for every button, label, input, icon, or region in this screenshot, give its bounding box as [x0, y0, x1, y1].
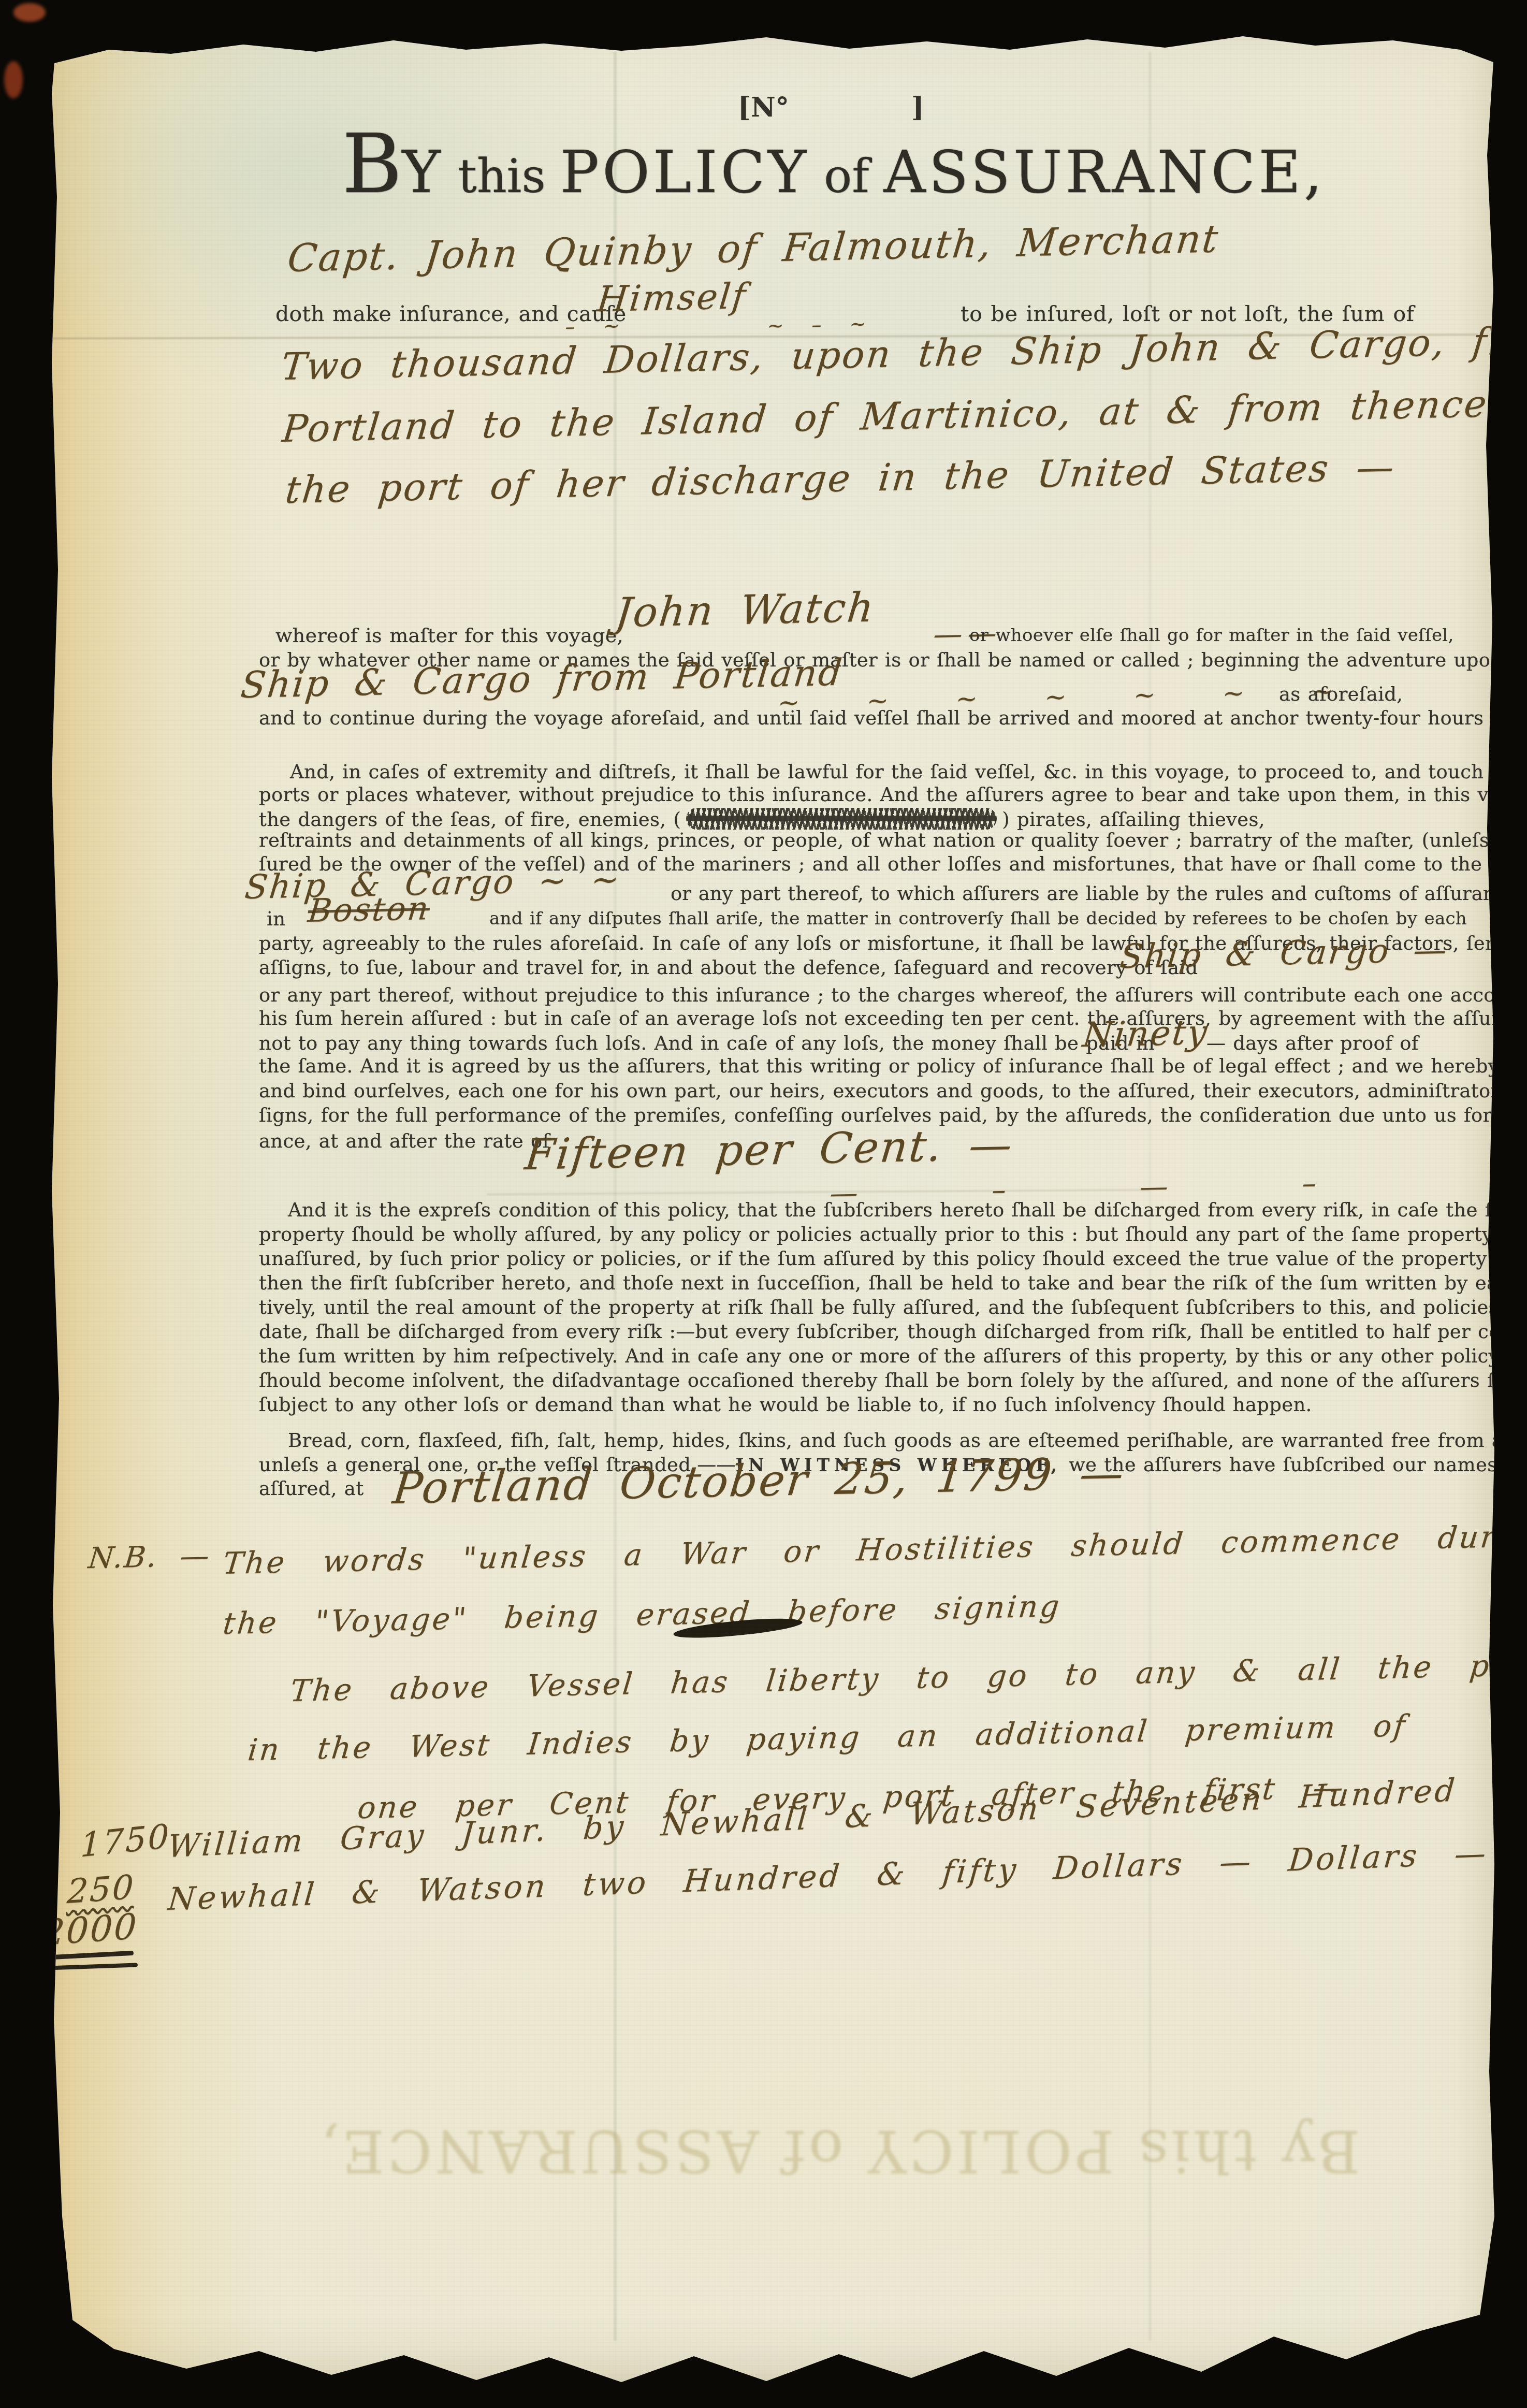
title-word-policy: POLICY: [560, 139, 809, 206]
title-word-of: of: [824, 149, 869, 204]
handwritten-ship-cargo-2: Ship & Cargo —: [1118, 934, 1450, 974]
policy-number-bracket-close: ]: [911, 94, 924, 121]
perils-line-15: ſigns, for the full performance of the p…: [259, 1106, 1527, 1125]
struck-out-words-scribble: [686, 808, 997, 830]
perishables-line-1: Bread, corn, flaxſeed, fiſh, ſalt, hemp,…: [288, 1431, 1527, 1450]
condition-line-3: unaſſured, by ſuch prior policy or polic…: [259, 1249, 1527, 1268]
printed-whereof-master: whereof is maſter for this voyage,: [275, 626, 623, 645]
printed-or-whoever: or whoever elſe ſhall go for maſter in t…: [969, 627, 1454, 644]
total-underline-bottom: [28, 1963, 138, 1970]
perils-line-4: reſtraints and detainments of all kings,…: [259, 831, 1527, 850]
document-title: BYthisPOLICYofASSURANCE,: [228, 123, 1439, 205]
total-underline-top: [30, 1951, 134, 1961]
printed-as-aforesaid: as aforeſaid,: [1279, 685, 1403, 704]
perils-line-16: ance, at and after the rate of: [259, 1132, 550, 1151]
condition-line-5: tively, until the real amount of the pro…: [259, 1298, 1527, 1317]
nb-note-line-4: in the West Indies by paying an addition…: [246, 1710, 1408, 1765]
perils-line-2: ports or places whatever, without prejud…: [259, 785, 1527, 804]
condition-line-8: ſhould become inſolvent, the diſadvantag…: [259, 1371, 1527, 1390]
handwritten-vessel-line: Ship & Cargo from Portland: [239, 654, 845, 703]
subscription-total: 2000: [41, 1909, 139, 1951]
subscription-amount-1: $ 1750: [34, 1820, 171, 1867]
printed-master-line-4: and to continue during the voyage aforeſ…: [259, 708, 1527, 728]
handwritten-ninety-days: Ninety: [1081, 1016, 1210, 1052]
handwritten-ship-cargo-1: Ship & Cargo ~ ~: [243, 863, 622, 904]
rust-speck: [13, 3, 46, 22]
handwritten-premium-rate: Fifteen per Cent. —: [523, 1124, 1015, 1177]
policy-number-bracket-open: [N°: [738, 94, 789, 121]
condition-line-7: the ſum written by him reſpectively. And…: [259, 1346, 1503, 1366]
handwritten-boston-struck: Boston: [307, 892, 431, 927]
title-word-assurance: ASSURANCE,: [884, 139, 1326, 206]
perils-line-1: And, in caſes of extremity and diſtreſs,…: [290, 762, 1527, 781]
title-word-by-initial: B: [342, 117, 402, 212]
perils-line-10: or any part thereof, without prejudice t…: [259, 985, 1527, 1005]
perishables-line-2-post: we the aſſurers have ſubſcribed our name…: [1069, 1454, 1527, 1476]
vertical-fold-crease: [614, 52, 617, 2341]
rust-speck: [4, 61, 23, 98]
title-word-this: this: [458, 149, 545, 204]
perils-line-12-pre: not to pay any thing towards ſuch loſs. …: [259, 1034, 1155, 1053]
handwritten-sum-line-2: Portland to the Island of Martinico, at …: [281, 383, 1527, 447]
handwritten-master-name: John Watch: [614, 587, 877, 633]
condition-line-2: property ſhould be wholly aſſured, by an…: [259, 1225, 1527, 1244]
perils-line-7: and if any diſputes ſhall ariſe, the mat…: [489, 910, 1467, 927]
nb-label: N.B. —: [87, 1542, 212, 1573]
nb-note-line-1: The words "unless a War or Hostilities s…: [222, 1520, 1527, 1578]
perils-line-7-in: in: [267, 909, 285, 929]
perils-line-3-pre: the dangers of the ſeas, of fire, enemie…: [259, 808, 681, 831]
printed-to-be-insured: to be inſured, loſt or not loſt, the ſum…: [961, 303, 1415, 325]
title-word-by: Y: [402, 139, 444, 206]
condition-line-4: then the firſt ſubſcriber hereto, and th…: [259, 1273, 1527, 1293]
perils-line-3-post: ) pirates, aſſailing thieves,: [1002, 808, 1265, 831]
perils-line-11: his ſum herein aſſured : but in caſe of …: [259, 1009, 1527, 1028]
condition-line-1: And it is the expreſs condition of this …: [288, 1200, 1527, 1220]
condition-line-9: ſubject to any other loſs or demand than…: [259, 1395, 1312, 1414]
perils-line-3: the dangers of the ſeas, of fire, enemie…: [259, 808, 1265, 830]
perils-line-9: aſſigns, to ſue, labour and travel for, …: [259, 958, 1198, 977]
perils-line-14: and bind ourſelves, each one for his own…: [259, 1081, 1527, 1100]
perils-line-13: the ſame. And it is agreed by us the aſſ…: [259, 1056, 1527, 1076]
policy-document-sheet: [N° ] BYthisPOLICYofASSURANCE, Capt. Joh…: [0, 0, 1527, 2408]
handwritten-himself: Himself: [595, 279, 748, 317]
perils-line-12-post: — days after proof of: [1206, 1034, 1419, 1053]
handwritten-sum-line-3: the port of her discharge in the United …: [284, 448, 1397, 509]
nb-note-line-2: the "Voyage" being erased before signing: [222, 1591, 1063, 1638]
condition-line-6: date, ſhall be diſcharged from every riſ…: [259, 1322, 1527, 1341]
nb-note-line-3: The above Vessel has liberty to go to an…: [289, 1649, 1527, 1706]
printed-assured-at: aſſured, at: [259, 1479, 363, 1498]
subscription-amount-2: 250: [66, 1870, 136, 1909]
handwritten-insured-party: Capt. John Quinby of Falmouth, Merchant: [286, 220, 1221, 278]
scan-background: { "header": { "number_open": "[N°", "num…: [0, 0, 1527, 2408]
bleed-through-title: By this POLICY of ASSURANCE,: [217, 2117, 1460, 2184]
perils-line-6: or any part thereof, to which aſſurers a…: [671, 884, 1517, 903]
handwritten-sum-line-1: Two thousand Dollars, upon the Ship John…: [280, 321, 1527, 385]
